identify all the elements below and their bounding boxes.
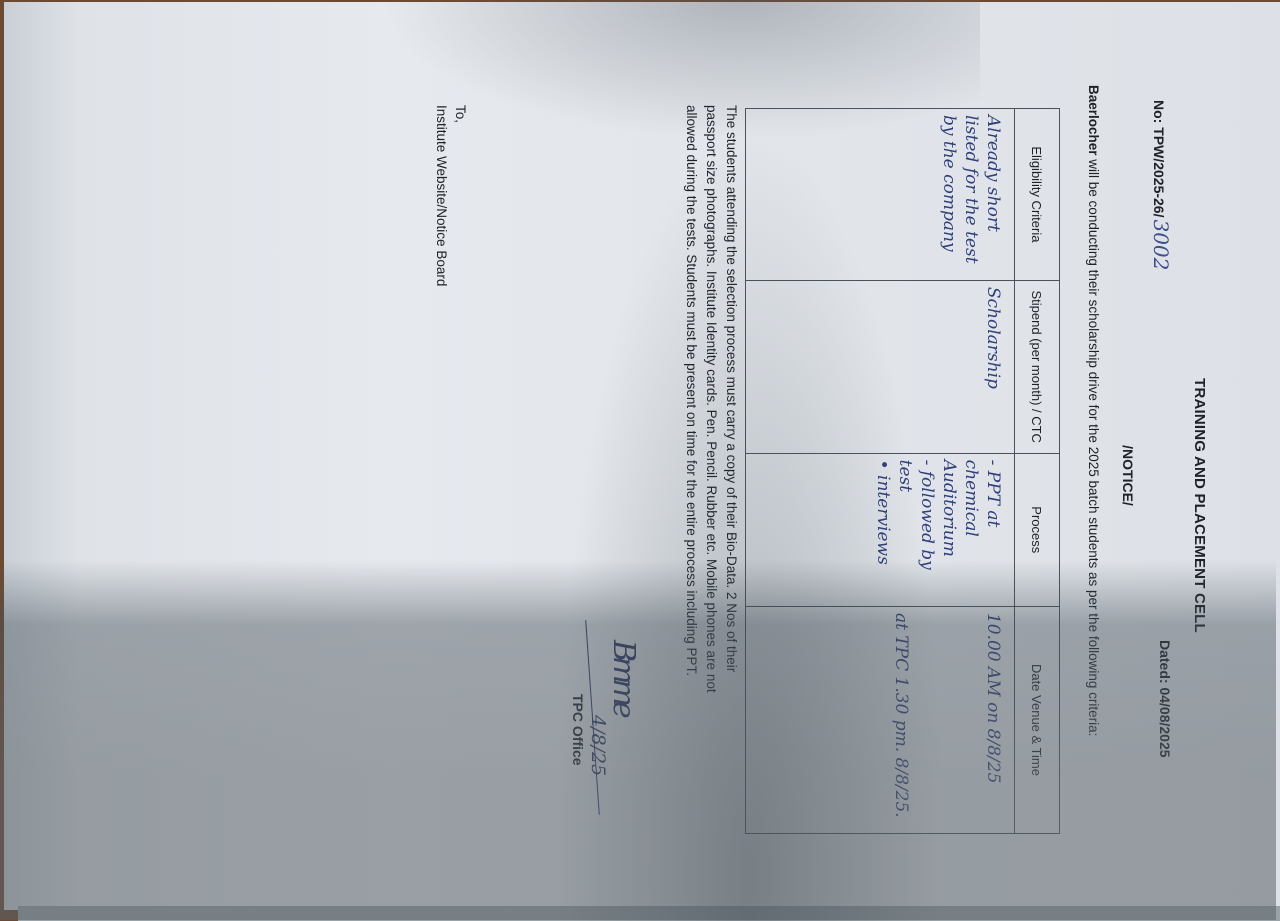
- reference-number-printed: No: TPW/2025-26/: [1151, 100, 1167, 217]
- notice-heading-text: /NOTICE/: [1120, 445, 1136, 506]
- title-text: TRAINING AND PLACEMENT CELL: [1191, 378, 1208, 633]
- recipient-name: Institute Website/Notice Board: [432, 105, 451, 286]
- header-process: Process: [1015, 453, 1060, 606]
- table-header-row: Eligibility Criteria Stipend (per month)…: [1015, 109, 1060, 834]
- instructions-paragraph: The students attending the selection pro…: [681, 105, 741, 725]
- recipient-block: To, Institute Website/Notice Board: [432, 105, 470, 286]
- cell-stipend: Scholarship: [746, 280, 1015, 453]
- header-date-venue-time: Date Venue & Time: [1015, 606, 1060, 833]
- schedule-entry: at TPC 1.30 pm. 8/8/25.: [890, 613, 912, 827]
- header-stipend: Stipend (per month) / CTC: [1015, 280, 1060, 453]
- process-step: - followed by test: [894, 460, 938, 600]
- page-title: TRAINING AND PLACEMENT CELL: [1191, 0, 1208, 921]
- criteria-table: Eligibility Criteria Stipend (per month)…: [745, 108, 1060, 834]
- signatory-office: TPC Office: [570, 694, 586, 766]
- process-step: • interviews: [872, 460, 894, 600]
- cell-date-venue-time: 10.00 AM on 8/8/25 at TPC 1.30 pm. 8/8/2…: [746, 606, 1015, 833]
- table-row: Already short listed for the test by the…: [746, 109, 1015, 834]
- intro-text: will be conducting their scholarship dri…: [1086, 156, 1101, 737]
- to-label: To,: [451, 105, 470, 286]
- cell-process: - PPT at chemical Auditorium - followed …: [746, 453, 1015, 606]
- schedule-entry: 10.00 AM on 8/8/25: [982, 613, 1004, 827]
- process-step: - PPT at chemical Auditorium: [938, 460, 1004, 600]
- signature-date: 4/8/25: [587, 715, 609, 776]
- dated-label: Dated: 04/08/2025: [1157, 640, 1173, 758]
- notice-heading: /NOTICE/: [1120, 0, 1136, 921]
- notice-document: TRAINING AND PLACEMENT CELL No: TPW/2025…: [0, 0, 1276, 921]
- header-eligibility: Eligibility Criteria: [1015, 109, 1060, 281]
- reference-number-handwritten: 3002: [1149, 219, 1173, 270]
- signature-scribble: Bmme: [606, 640, 641, 713]
- intro-paragraph: Baerlocher will be conducting their scho…: [1084, 85, 1103, 815]
- cell-eligibility: Already short listed for the test by the…: [746, 109, 1015, 281]
- reference-number: No: TPW/2025-26/3002: [1149, 100, 1173, 270]
- company-name: Baerlocher: [1086, 85, 1101, 156]
